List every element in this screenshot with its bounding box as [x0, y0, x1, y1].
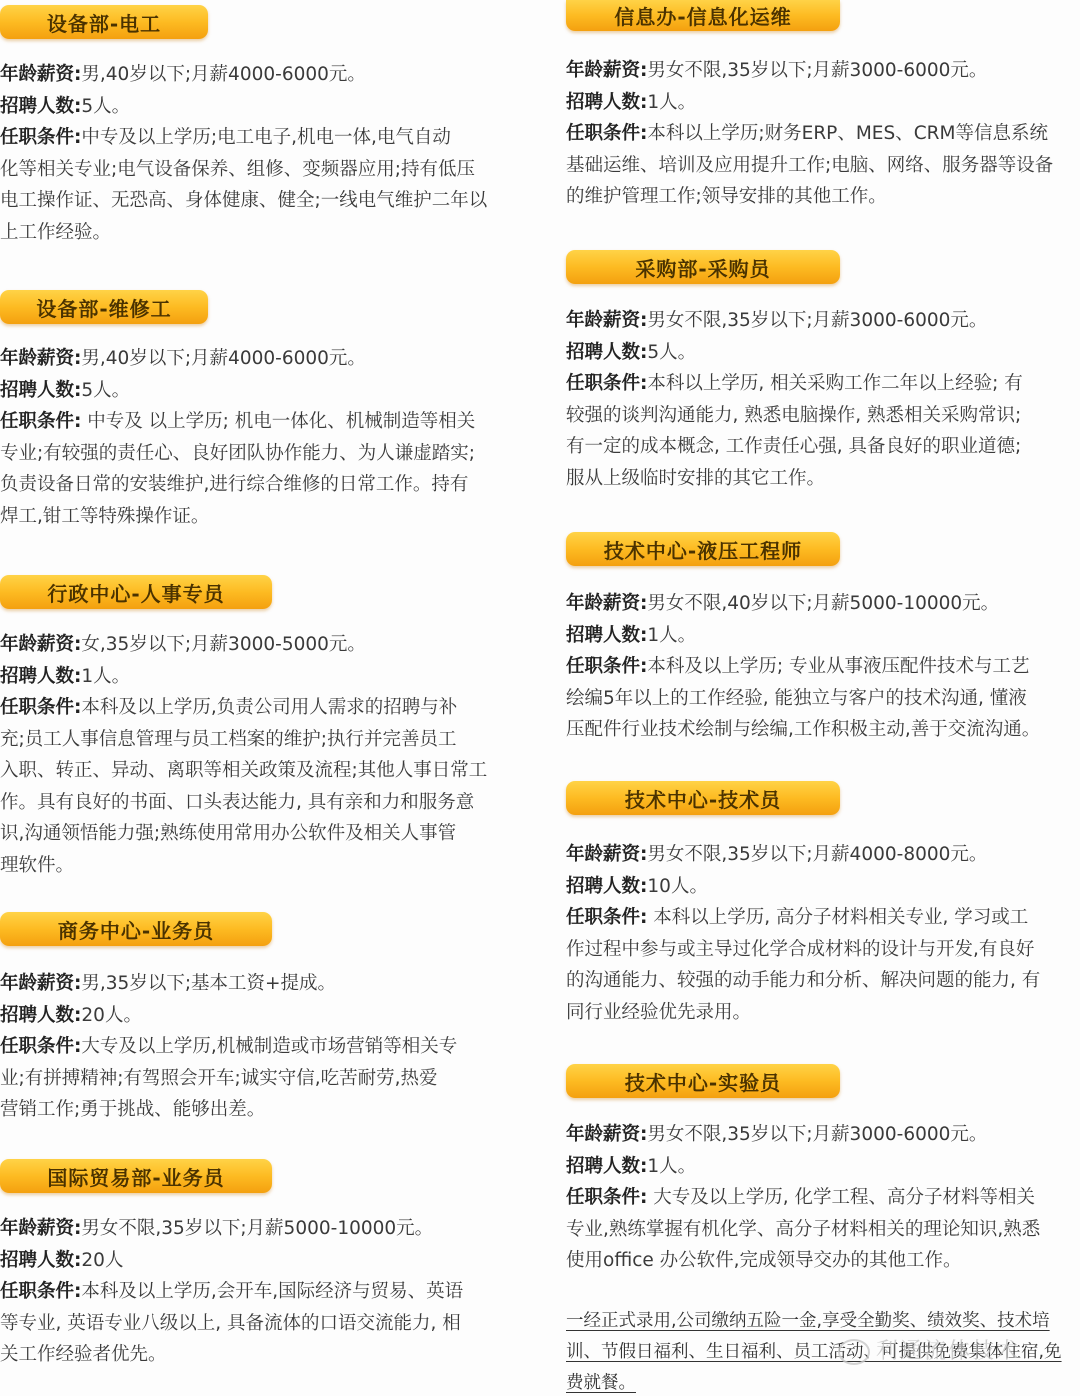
salary-label: 年龄薪资: [566, 60, 647, 81]
salary-value: 女,35岁以下;月薪3000-5000元。 [81, 634, 366, 655]
requirements-label: 任职条件: [566, 373, 647, 394]
headcount-row: 招聘人数:20人。 [0, 1000, 532, 1032]
requirements-row: 任职条件: 本科以上学历, 高分子材料相关专业, 学习或工 [566, 902, 1072, 934]
salary-row: 年龄薪资:女,35岁以下;月薪3000-5000元。 [0, 629, 532, 661]
requirements-label: 任职条件: [0, 1036, 81, 1057]
headcount-label: 招聘人数: [0, 1250, 81, 1271]
salary-label: 年龄薪资: [566, 1124, 647, 1145]
requirements-row: 任职条件:中专及以上学历;电工电子,机电一体,电气自动 [0, 122, 532, 154]
requirements-row: 任职条件:大专及以上学历,机械制造或市场营销等相关专 [0, 1031, 532, 1063]
requirements-text: 的维护管理工作;领导安排的其他工作。 [566, 181, 1072, 213]
requirements-text: 的沟通能力、较强的动手能力和分析、解决问题的能力, 有 [566, 965, 1072, 997]
job-details: 年龄薪资:男女不限,35岁以下;月薪4000-8000元。 招聘人数:10人。 … [566, 839, 1072, 1028]
job-title-badge: 技术中心-液压工程师 [566, 532, 840, 566]
requirements-text: 使用office 办公软件,完成领导交办的其他工作。 [566, 1245, 1072, 1277]
job-title-badge: 设备部-电工 [0, 5, 208, 39]
job-title-badge: 信息办-信息化运维 [566, 0, 840, 31]
headcount-label: 招聘人数: [566, 92, 647, 113]
job-details: 年龄薪资:男,35岁以下;基本工资+提成。 招聘人数:20人。 任职条件:大专及… [0, 968, 532, 1126]
job-details: 年龄薪资:男女不限,35岁以下;月薪5000-10000元。 招聘人数:20人 … [0, 1213, 532, 1371]
headcount-value: 10人。 [647, 876, 708, 897]
job-title-badge: 技术中心-技术员 [566, 781, 840, 815]
requirements-text: 作。具有良好的书面、口头表达能力, 具有亲和力和服务意 [0, 787, 532, 819]
headcount-row: 招聘人数:5人。 [0, 375, 532, 407]
headcount-label: 招聘人数: [566, 1156, 647, 1177]
headcount-value: 1人。 [81, 666, 130, 687]
salary-label: 年龄薪资: [566, 844, 647, 865]
headcount-label: 招聘人数: [0, 380, 81, 401]
requirements-text: 入职、转正、异动、离职等相关政策及流程;其他人事日常工 [0, 755, 532, 787]
requirements-text: 关工作经验者优先。 [0, 1339, 532, 1371]
headcount-label: 招聘人数: [566, 625, 647, 646]
job-title-badge: 行政中心-人事专员 [0, 575, 272, 609]
requirements-text: 服从上级临时安排的其它工作。 [566, 463, 1072, 495]
salary-row: 年龄薪资:男,40岁以下;月薪4000-6000元。 [0, 59, 532, 91]
salary-label: 年龄薪资: [566, 593, 647, 614]
requirements-text: 作过程中参与或主导过化学合成材料的设计与开发,有良好 [566, 934, 1072, 966]
salary-label: 年龄薪资: [0, 634, 81, 655]
job-title-badge: 设备部-维修工 [0, 290, 208, 324]
salary-row: 年龄薪资:男女不限,35岁以下;月薪4000-8000元。 [566, 839, 1072, 871]
salary-value: 男女不限,35岁以下;月薪3000-6000元。 [647, 310, 987, 331]
salary-label: 年龄薪资: [566, 310, 647, 331]
requirements-label: 任职条件: [566, 1187, 647, 1208]
salary-row: 年龄薪资:男女不限,35岁以下;月薪3000-6000元。 [566, 55, 1072, 87]
requirements-row: 任职条件:本科以上学历, 相关采购工作二年以上经验; 有 [566, 368, 1072, 400]
requirements-text: 本科以上学历, 相关采购工作二年以上经验; 有 [647, 373, 1022, 394]
headcount-row: 招聘人数:5人。 [0, 91, 532, 123]
requirements-text: 业;有拼搏精神;有驾照会开车;诚实守信,吃苦耐劳,热爱 [0, 1063, 532, 1095]
salary-label: 年龄薪资: [0, 64, 81, 85]
headcount-value: 20人 [81, 1250, 123, 1271]
benefits-section: 一经正式录用,公司缴纳五险一金,享受全勤奖、绩效奖、技术培 训、节假日福利、生日… [566, 1306, 1078, 1396]
requirements-text: 焊工,钳工等特殊操作证。 [0, 501, 532, 533]
headcount-row: 招聘人数:1人。 [0, 661, 532, 693]
requirements-text: 有一定的成本概念, 工作责任心强, 具备良好的职业道德; [566, 431, 1072, 463]
job-details: 年龄薪资:男女不限,35岁以下;月薪3000-6000元。 招聘人数:5人。 任… [566, 305, 1072, 494]
headcount-row: 招聘人数:1人。 [566, 1151, 1072, 1183]
requirements-label: 任职条件: [566, 907, 647, 928]
requirements-text: 等专业, 英语专业八级以上, 具备流体的口语交流能力, 相 [0, 1308, 532, 1340]
requirements-text: 识,沟通领悟能力强;熟练使用常用办公软件及相关人事管 [0, 818, 532, 850]
salary-label: 年龄薪资: [0, 348, 81, 369]
requirements-text: 大专及以上学历, 化学工程、高分子材料等相关 [647, 1187, 1035, 1208]
requirements-text: 基础运维、培训及应用提升工作;电脑、网络、服务器等设备 [566, 150, 1072, 182]
requirements-text: 同行业经验优先录用。 [566, 997, 1072, 1029]
requirements-label: 任职条件: [0, 1281, 81, 1302]
job-title-badge: 技术中心-实验员 [566, 1064, 840, 1098]
job-details: 年龄薪资:女,35岁以下;月薪3000-5000元。 招聘人数:1人。 任职条件… [0, 629, 532, 881]
job-details: 年龄薪资:男女不限,35岁以下;月薪3000-6000元。 招聘人数:1人。 任… [566, 1119, 1072, 1277]
salary-value: 男,40岁以下;月薪4000-6000元。 [81, 348, 366, 369]
headcount-value: 1人。 [647, 1156, 696, 1177]
requirements-text: 负责设备日常的安装维护,进行综合维修的日常工作。持有 [0, 469, 532, 501]
requirements-label: 任职条件: [566, 123, 647, 144]
requirements-label: 任职条件: [0, 411, 81, 432]
requirements-text: 本科及以上学历,负责公司用人需求的招聘与补 [81, 697, 457, 718]
requirements-text: 本科以上学历, 高分子材料相关专业, 学习或工 [647, 907, 1028, 928]
salary-value: 男女不限,35岁以下;月薪3000-6000元。 [647, 60, 987, 81]
headcount-value: 1人。 [647, 92, 696, 113]
requirements-text: 营销工作;勇于挑战、能够出差。 [0, 1094, 532, 1126]
salary-row: 年龄薪资:男女不限,35岁以下;月薪3000-6000元。 [566, 1119, 1072, 1151]
requirements-text: 压配件行业技术绘制与绘编,工作积极主动,善于交流沟通。 [566, 714, 1072, 746]
requirements-text: 绘编5年以上的工作经验, 能独立与客户的技术沟通, 懂液 [566, 683, 1072, 715]
job-details: 年龄薪资:男,40岁以下;月薪4000-6000元。 招聘人数:5人。 任职条件… [0, 59, 532, 248]
salary-row: 年龄薪资:男女不限,35岁以下;月薪3000-6000元。 [566, 305, 1072, 337]
requirements-text: 专业,熟练掌握有机化学、高分子材料相关的理论知识,熟悉 [566, 1214, 1072, 1246]
requirements-label: 任职条件: [0, 697, 81, 718]
requirements-label: 任职条件: [566, 656, 647, 677]
salary-value: 男女不限,35岁以下;月薪5000-10000元。 [81, 1218, 433, 1239]
requirements-text: 电工操作证、无恐高、身体健康、健全;一线电气维护二年以 [0, 185, 532, 217]
headcount-value: 5人。 [647, 342, 696, 363]
requirements-row: 任职条件:本科及以上学历; 专业从事液压配件技术与工艺 [566, 651, 1072, 683]
salary-row: 年龄薪资:男,35岁以下;基本工资+提成。 [0, 968, 532, 1000]
job-title-badge: 采购部-采购员 [566, 250, 840, 284]
salary-value: 男女不限,40岁以下;月薪5000-10000元。 [647, 593, 999, 614]
requirements-text: 本科以上学历;财务ERP、MES、CRM等信息系统 [647, 123, 1048, 144]
benefits-text: 费就餐。 [566, 1368, 1078, 1396]
benefits-text: 一经正式录用,公司缴纳五险一金,享受全勤奖、绩效奖、技术培 [566, 1306, 1078, 1337]
salary-value: 男,40岁以下;月薪4000-6000元。 [81, 64, 366, 85]
requirements-text: 中专及以上学历;电工电子,机电一体,电气自动 [81, 127, 451, 148]
headcount-label: 招聘人数: [0, 96, 81, 117]
headcount-label: 招聘人数: [566, 342, 647, 363]
headcount-value: 1人。 [647, 625, 696, 646]
requirements-label: 任职条件: [0, 127, 81, 148]
salary-row: 年龄薪资:男,40岁以下;月薪4000-6000元。 [0, 343, 532, 375]
salary-value: 男女不限,35岁以下;月薪3000-6000元。 [647, 1124, 987, 1145]
requirements-row: 任职条件:本科及以上学历,负责公司用人需求的招聘与补 [0, 692, 532, 724]
requirements-text: 大专及以上学历,机械制造或市场营销等相关专 [81, 1036, 457, 1057]
headcount-row: 招聘人数:5人。 [566, 337, 1072, 369]
requirements-row: 任职条件:本科以上学历;财务ERP、MES、CRM等信息系统 [566, 118, 1072, 150]
headcount-row: 招聘人数:10人。 [566, 871, 1072, 903]
salary-row: 年龄薪资:男女不限,35岁以下;月薪5000-10000元。 [0, 1213, 532, 1245]
salary-value: 男女不限,35岁以下;月薪4000-8000元。 [647, 844, 987, 865]
headcount-label: 招聘人数: [566, 876, 647, 897]
requirements-row: 任职条件: 中专及 以上学历; 机电一体化、机械制造等相关 [0, 406, 532, 438]
headcount-value: 5人。 [81, 96, 130, 117]
requirements-text: 上工作经验。 [0, 217, 532, 249]
job-title-badge: 国际贸易部-业务员 [0, 1159, 272, 1193]
salary-value: 男,35岁以下;基本工资+提成。 [81, 973, 336, 994]
requirements-text: 中专及 以上学历; 机电一体化、机械制造等相关 [81, 411, 475, 432]
headcount-row: 招聘人数:1人。 [566, 87, 1072, 119]
headcount-label: 招聘人数: [0, 1005, 81, 1026]
salary-label: 年龄薪资: [0, 973, 81, 994]
headcount-value: 20人。 [81, 1005, 142, 1026]
job-title-badge: 商务中心-业务员 [0, 912, 272, 946]
requirements-text: 专业;有较强的责任心、良好团队协作能力、为人谦虚踏实; [0, 438, 532, 470]
headcount-value: 5人。 [81, 380, 130, 401]
salary-row: 年龄薪资:男女不限,40岁以下;月薪5000-10000元。 [566, 588, 1072, 620]
headcount-label: 招聘人数: [0, 666, 81, 687]
job-details: 年龄薪资:男女不限,40岁以下;月薪5000-10000元。 招聘人数:1人。 … [566, 588, 1072, 746]
requirements-text: 化等相关专业;电气设备保养、组修、变频器应用;持有低压 [0, 154, 532, 186]
requirements-text: 本科及以上学历,会开车,国际经济与贸易、英语 [81, 1281, 463, 1302]
requirements-text: 理软件。 [0, 850, 532, 882]
requirements-text: 充;员工人事信息管理与员工档案的维护;执行并完善员工 [0, 724, 532, 756]
job-details: 年龄薪资:男,40岁以下;月薪4000-6000元。 招聘人数:5人。 任职条件… [0, 343, 532, 532]
headcount-row: 招聘人数:1人。 [566, 620, 1072, 652]
benefits-text: 训、节假日福利、生日福利、员工活动、可提供免费集体住宿,免 [566, 1337, 1078, 1368]
requirements-text: 较强的谈判沟通能力, 熟悉电脑操作, 熟悉相关采购常识; [566, 400, 1072, 432]
requirements-text: 本科及以上学历; 专业从事液压配件技术与工艺 [647, 656, 1029, 677]
headcount-row: 招聘人数:20人 [0, 1245, 532, 1277]
requirements-row: 任职条件:本科及以上学历,会开车,国际经济与贸易、英语 [0, 1276, 532, 1308]
requirements-row: 任职条件: 大专及以上学历, 化学工程、高分子材料等相关 [566, 1182, 1072, 1214]
job-details: 年龄薪资:男女不限,35岁以下;月薪3000-6000元。 招聘人数:1人。 任… [566, 55, 1072, 213]
salary-label: 年龄薪资: [0, 1218, 81, 1239]
